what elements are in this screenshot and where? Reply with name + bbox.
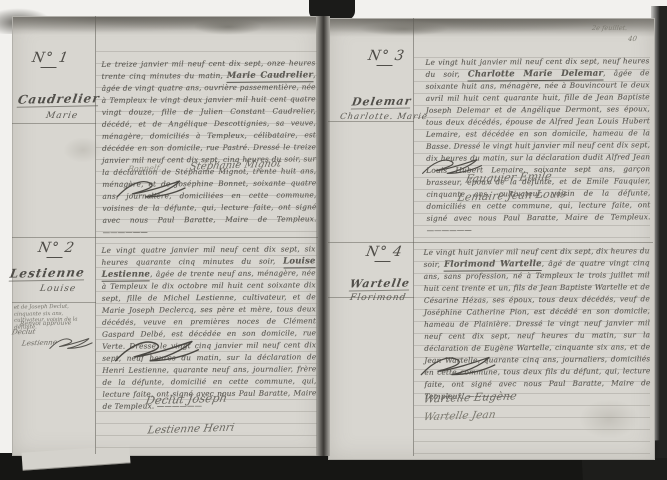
act-4-margin-given-name: Florimond (349, 293, 407, 303)
act-3-body-text: Le vingt huit janvier mil neuf cent dix … (425, 55, 650, 237)
act-2-body-text: Le vingt quatre janvier mil neuf cent di… (101, 243, 316, 412)
act-1-margin-surname: Caudrelier (17, 91, 101, 107)
act-1-rest: , âgée de vingt quatre ans, ouvrière pas… (102, 70, 317, 236)
act-1-deceased-name: Marie Caudrelier (227, 70, 313, 82)
mayor-signature-flourish (418, 352, 498, 384)
margin-cell-line (12, 123, 96, 124)
act-2-margin-surname: Lestienne (9, 265, 86, 281)
act-3-margin-number: N° 3 (366, 48, 406, 66)
page-edge-smudge (13, 17, 319, 35)
act-1-body-text: Le treize janvier mil neuf cent dix sept… (101, 57, 316, 238)
act-separator-right (328, 242, 653, 243)
page-stain (193, 19, 263, 35)
folio-page-number: 40 (627, 35, 637, 43)
act-4-witness-signature-2: Wartelle Jean (423, 409, 497, 423)
act-3-margin-surname: Delemar (351, 94, 413, 109)
act-number-text: N° 1 (31, 50, 70, 66)
act-1-pencil-note: Bonnelf. (127, 163, 162, 173)
act-4-deceased-name: Florimond Wartelle (444, 259, 542, 271)
act-2-witness-signature-1: Declut Joseph (144, 391, 228, 408)
number-underline (377, 65, 393, 66)
act-2-margin-number: N° 2 (36, 240, 76, 258)
act-2-margin-given-name: Louise (39, 284, 77, 294)
mayor-signature-flourish (112, 336, 202, 370)
book-binding-gutter (316, 16, 330, 456)
act-number-text: N° 3 (367, 48, 406, 64)
act-3-rest: , âgée de soixante huit ans, ménagère, n… (426, 68, 651, 235)
act-number-text: N° 2 (37, 240, 76, 256)
act-1-margin-number: N° 1 (30, 50, 70, 68)
number-underline (47, 257, 63, 258)
mayor-signature-flourish (114, 177, 188, 205)
act-2-margin-note-signature-1: Declut (11, 328, 36, 337)
folio-corner-note: 2e feuillet. (591, 24, 627, 32)
act-1-margin-given-name: Marie (45, 111, 79, 121)
register-scan: N° 1 Caudrelier Marie Le treize janvier … (0, 0, 667, 480)
number-underline (41, 67, 57, 68)
mayor-signature-flourish (48, 336, 94, 355)
act-4-margin-number: N° 4 (364, 244, 404, 262)
act-4-margin-surname: Wartelle (349, 276, 411, 291)
margin-divider-left (95, 16, 96, 454)
page-stain (359, 22, 449, 36)
act-3-margin-given-name: Charlotte. Marie (339, 112, 429, 122)
act-number-text: N° 4 (365, 244, 404, 260)
margin-divider-right (413, 18, 414, 456)
number-underline (375, 261, 391, 262)
act-3-deceased-name: Charlotte Marie Delemar (468, 69, 603, 81)
